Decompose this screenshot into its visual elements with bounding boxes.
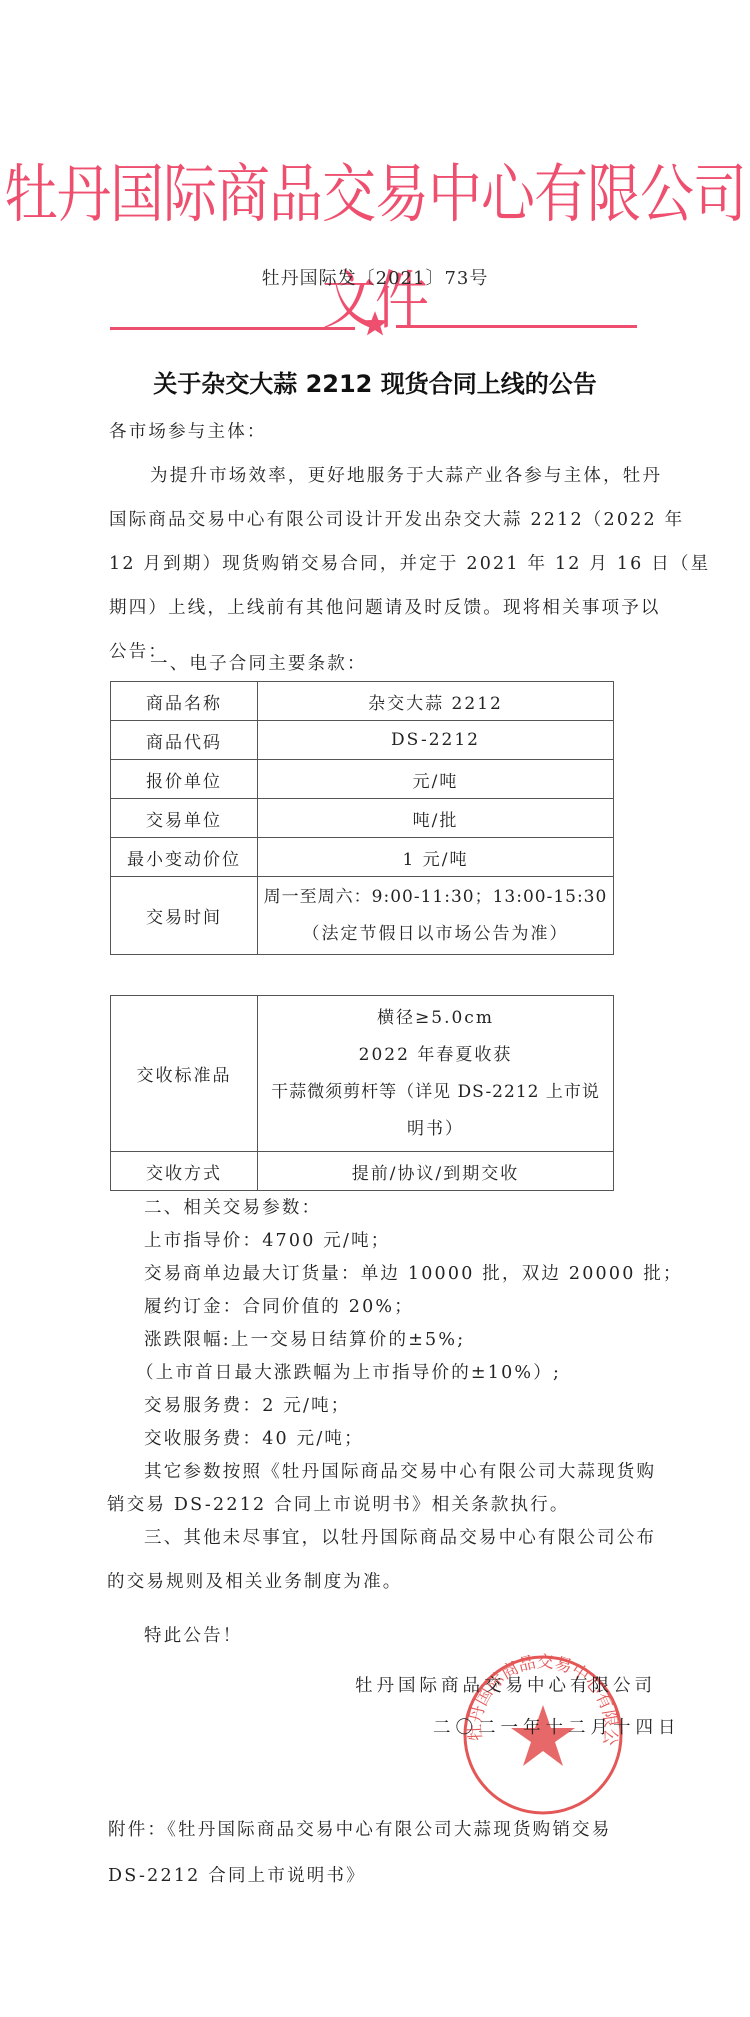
table-key: 交收方式 [111, 1152, 258, 1191]
holiday-note: （法定节假日以市场公告为准） [258, 916, 613, 953]
param-line: （上市首日最大涨跌幅为上市指导价的±10%）; [136, 1357, 561, 1390]
table-row: 报价单位 元/吨 [111, 760, 614, 799]
attachment-line: DS-2212 合同上市说明书》 [108, 1860, 366, 1893]
table-key: 交收标准品 [111, 996, 258, 1152]
other-params-line: 其它参数按照《牡丹国际商品交易中心有限公司大蒜现货购 [144, 1456, 656, 1489]
document-number: 牡丹国际发〔2021〕73号 [0, 264, 750, 290]
other-params-line: 销交易 DS-2212 合同上市说明书》相关条款执行。 [107, 1489, 570, 1522]
table-value: 元/吨 [258, 760, 614, 799]
table-value: 吨/批 [258, 799, 614, 838]
trading-hours: 周一至周六：9:00-11:30；13:00-15:30 [258, 879, 613, 916]
section3-line: 三、其他未尽事宜，以牡丹国际商品交易中心有限公司公布 [144, 1522, 656, 1555]
section1-heading: 一、电子合同主要条款： [150, 648, 367, 681]
table-value: 1 元/吨 [258, 838, 614, 877]
section2-heading: 二、相关交易参数： [144, 1192, 321, 1225]
closing-statement: 特此公告！ [144, 1620, 243, 1653]
standard-line: 2022 年春夏收获 [258, 1037, 613, 1074]
standard-line: 干蒜微须剪杆等（详见 DS-2212 上市说 [258, 1074, 613, 1111]
table-row: 商品代码 DS-2212 [111, 721, 614, 760]
red-divider-right [396, 325, 637, 328]
table-row: 交易时间 周一至周六：9:00-11:30；13:00-15:30 （法定节假日… [111, 877, 614, 955]
standard-line: 横径≥5.0cm [258, 1000, 613, 1037]
intro-line: 12 月到期）现货购销交易合同，并定于 2021 年 12 月 16 日（星 [109, 548, 710, 581]
red-divider-left [110, 327, 355, 330]
table-key: 商品名称 [111, 682, 258, 721]
table-value: 提前/协议/到期交收 [258, 1152, 614, 1191]
param-line: 交易服务费：2 元/吨； [144, 1390, 351, 1423]
table-row: 最小变动价位 1 元/吨 [111, 838, 614, 877]
delivery-terms-table: 交收标准品 横径≥5.0cm 2022 年春夏收获 干蒜微须剪杆等（详见 DS-… [110, 995, 614, 1191]
intro-line: 为提升市场效率，更好地服务于大蒜产业各参与主体，牡丹 [150, 460, 662, 493]
section3-line: 的交易规则及相关业务制度为准。 [107, 1566, 403, 1599]
table-row: 交收标准品 横径≥5.0cm 2022 年春夏收获 干蒜微须剪杆等（详见 DS-… [111, 996, 614, 1152]
param-line: 上市指导价：4700 元/吨； [144, 1225, 391, 1258]
table-value: 杂交大蒜 2212 [258, 682, 614, 721]
attachment-line: 附件：《牡丹国际商品交易中心有限公司大蒜现货购销交易 [108, 1814, 611, 1847]
intro-line: 期四）上线，上线前有其他问题请及时反馈。现将相关事项予以 [109, 592, 661, 625]
table-row: 商品名称 杂交大蒜 2212 [111, 682, 614, 721]
table-key: 交易时间 [111, 877, 258, 955]
signature-date: 二〇二一年十二月十四日 [433, 1712, 681, 1745]
announcement-title: 关于杂交大蒜 2212 现货合同上线的公告 [0, 364, 750, 399]
table-value: 横径≥5.0cm 2022 年春夏收获 干蒜微须剪杆等（详见 DS-2212 上… [258, 996, 614, 1152]
table-key: 商品代码 [111, 721, 258, 760]
table-row: 交收方式 提前/协议/到期交收 [111, 1152, 614, 1191]
salutation: 各市场参与主体： [109, 416, 267, 449]
table-row: 交易单位 吨/批 [111, 799, 614, 838]
param-line: 交易商单边最大订货量：单边 10000 批，双边 20000 批； [144, 1258, 683, 1291]
table-value: 周一至周六：9:00-11:30；13:00-15:30 （法定节假日以市场公告… [258, 877, 614, 955]
contract-terms-table: 商品名称 杂交大蒜 2212 商品代码 DS-2212 报价单位 元/吨 交易单… [110, 681, 614, 955]
table-key: 交易单位 [111, 799, 258, 838]
table-key: 报价单位 [111, 760, 258, 799]
standard-line: 明书） [258, 1111, 613, 1148]
param-line: 涨跌限幅:上一交易日结算价的±5%; [144, 1324, 465, 1357]
intro-line: 国际商品交易中心有限公司设计开发出杂交大蒜 2212（2022 年 [109, 504, 684, 537]
param-line: 履约订金：合同价值的 20%； [144, 1291, 414, 1324]
table-value: DS-2212 [258, 721, 614, 760]
organization-title: 牡丹国际商品交易中心有限公司文件 [0, 142, 750, 248]
table-key: 最小变动价位 [111, 838, 258, 877]
param-line: 交收服务费：40 元/吨； [144, 1423, 364, 1456]
star-icon [361, 310, 389, 338]
signature-organization: 牡丹国际商品交易中心有限公司 [355, 1670, 656, 1703]
